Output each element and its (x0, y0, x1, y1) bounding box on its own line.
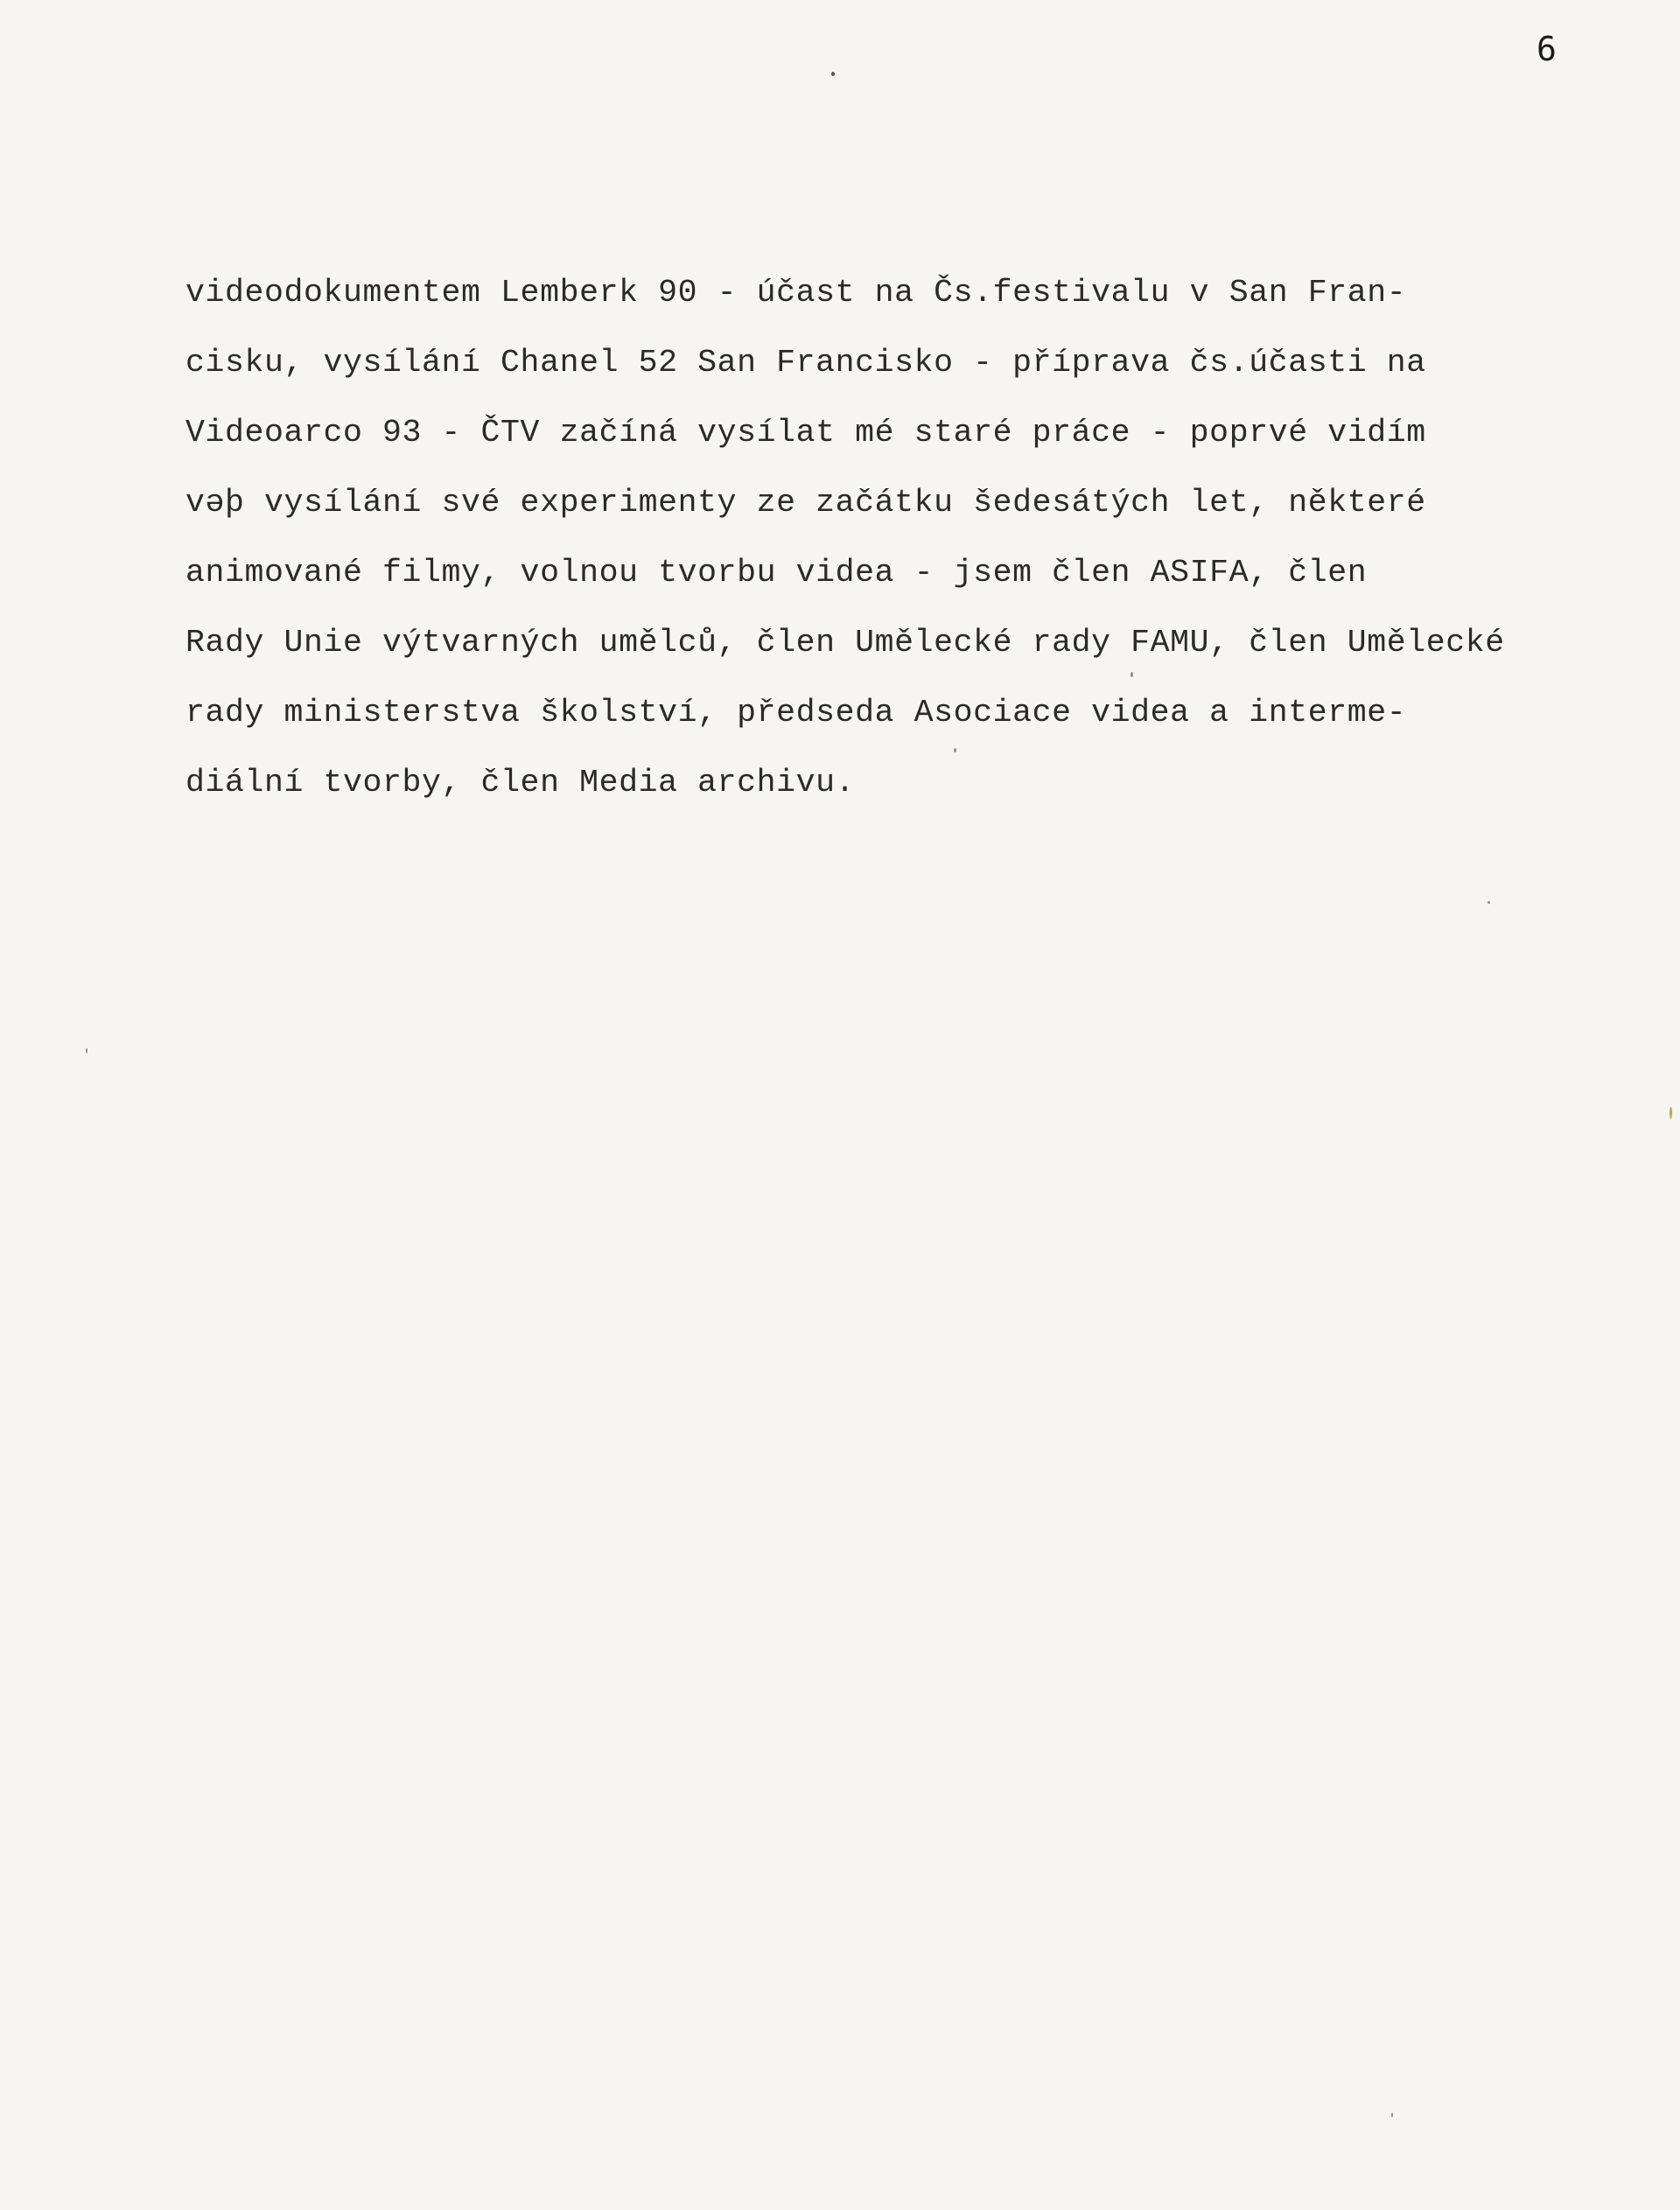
paper-speck (1487, 901, 1490, 904)
text-line: animované filmy, volnou tvorbu videa - j… (185, 547, 1505, 617)
text-line: rady ministerstva školství, předseda Aso… (185, 687, 1505, 757)
text-line: vəþ vysílání své experimenty ze začátku … (185, 477, 1505, 547)
document-page: 6 videodokumentem Lemberk 90 - účast na … (0, 0, 1680, 2210)
page-number: 6 (1536, 30, 1557, 68)
text-line: cisku, vysílání Chanel 52 San Francisko … (185, 337, 1505, 407)
paper-speck (1669, 1107, 1672, 1119)
paper-speck (831, 72, 835, 76)
paper-speck (86, 1048, 87, 1053)
paper-speck (1130, 672, 1133, 677)
text-line: diální tvorby, člen Media archivu. (185, 757, 1505, 827)
typewritten-paragraph: videodokumentem Lemberk 90 - účast na Čs… (185, 267, 1505, 827)
paper-speck (954, 748, 956, 752)
text-line: videodokumentem Lemberk 90 - účast na Čs… (185, 267, 1505, 337)
text-line: Videoarco 93 - ČTV začíná vysílat mé sta… (185, 407, 1505, 477)
text-line: Rady Unie výtvarných umělců, člen Umělec… (185, 617, 1505, 687)
paper-speck (1391, 2113, 1393, 2117)
